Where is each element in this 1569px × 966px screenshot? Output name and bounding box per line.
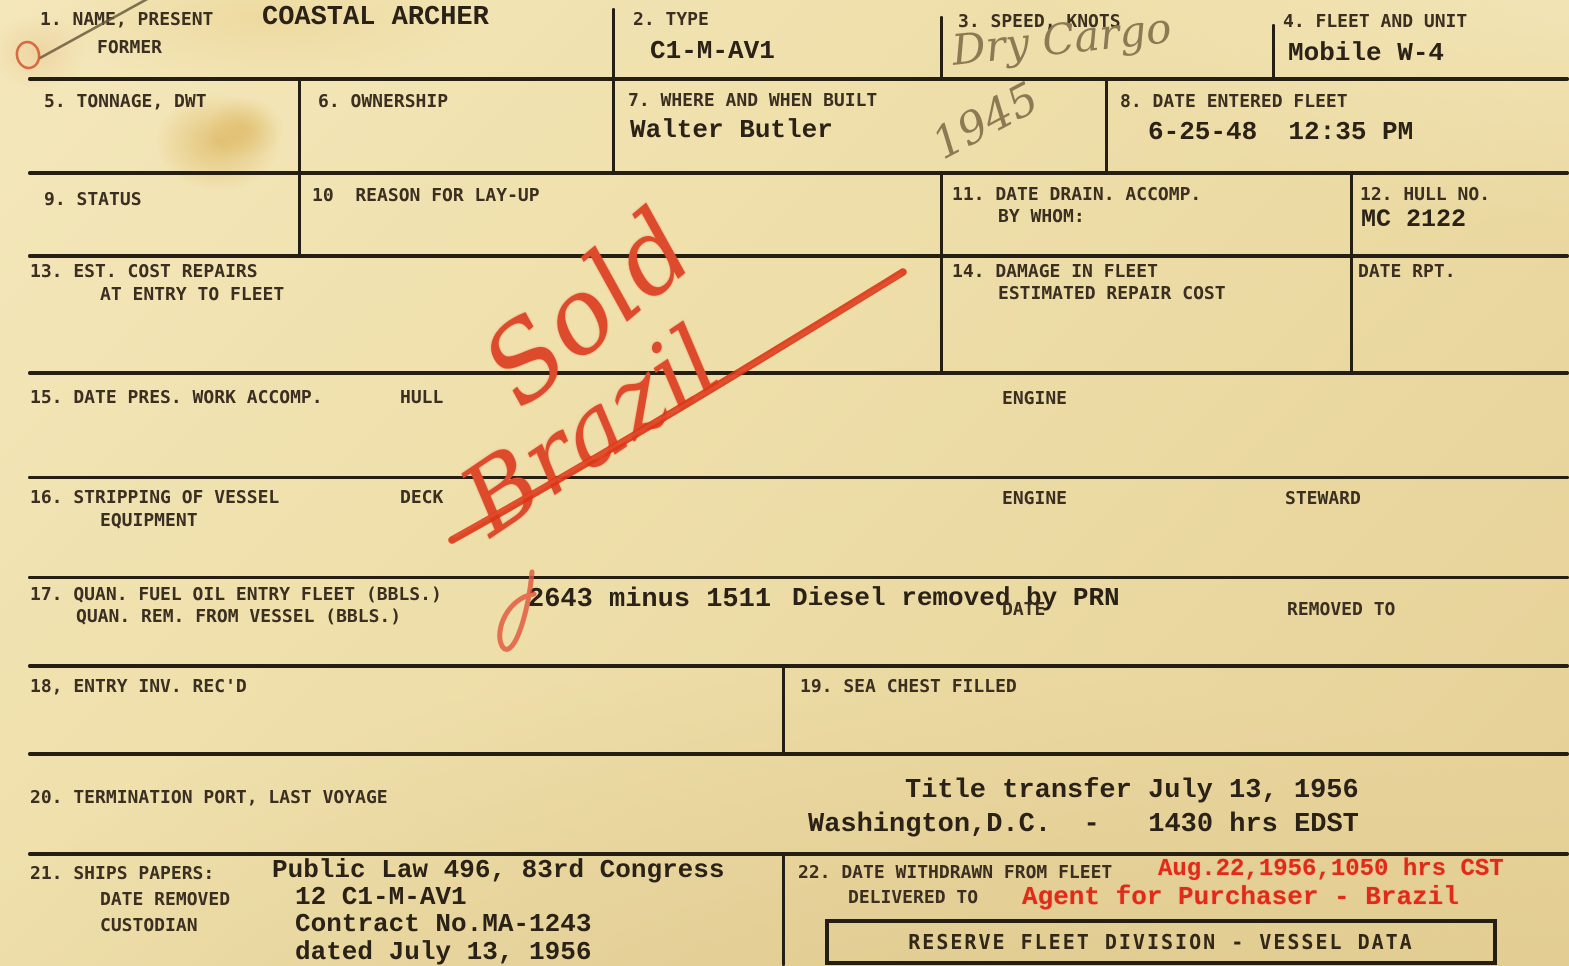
field-4-value-fleet-unit: Mobile W-4 xyxy=(1288,38,1444,68)
field-16-deck-column-label: DECK xyxy=(400,487,443,508)
field-16-label-line2: EQUIPMENT xyxy=(100,510,198,531)
field-21-label: 21. SHIPS PAPERS: xyxy=(30,863,214,884)
field-17-value-diesel-removed: Diesel removed by PRN xyxy=(792,583,1120,613)
field-1-label-former: FORMER xyxy=(97,37,162,58)
field-13-label-line2: AT ENTRY TO FLEET xyxy=(100,284,284,305)
field-1-label: 1. NAME, PRESENT xyxy=(40,9,213,30)
field-21-value-contract-date: dated July 13, 1956 xyxy=(295,937,591,966)
reserve-fleet-division-banner: RESERVE FLEET DIVISION - VESSEL DATA xyxy=(825,919,1497,965)
divider xyxy=(28,254,1569,258)
field-16-engine-column-label: ENGINE xyxy=(1002,488,1067,509)
field-8-value-date-entered: 6-25-48 12:35 PM xyxy=(1148,117,1413,147)
divider xyxy=(28,77,1569,81)
field-20-value-title-transfer: Title transfer July 13, 1956 xyxy=(905,776,1359,806)
field-21-value-public-law: Public Law 496, 83rd Congress xyxy=(272,855,724,885)
field-7-value-builder: Walter Butler xyxy=(630,115,833,145)
field-15-hull-column-label: HULL xyxy=(400,387,443,408)
divider xyxy=(28,171,1569,175)
divider xyxy=(298,78,301,174)
field-2-value-type: C1-M-AV1 xyxy=(650,36,775,66)
field-17-removed-to-column-label: REMOVED TO xyxy=(1287,599,1395,620)
red-circle-mark xyxy=(15,40,42,70)
field-15-engine-column-label: ENGINE xyxy=(1002,388,1067,409)
field-19-label: 19. SEA CHEST FILLED xyxy=(800,676,1017,697)
field-21-custodian-label: CUSTODIAN xyxy=(100,915,198,936)
divider xyxy=(28,576,1569,579)
field-12-label: 12. HULL NO. xyxy=(1360,184,1490,205)
field-14-date-rpt-label: DATE RPT. xyxy=(1358,261,1456,282)
field-9-label: 9. STATUS xyxy=(44,189,142,210)
field-22-label: 22. DATE WITHDRAWN FROM FLEET xyxy=(798,862,1112,883)
field-6-label: 6. OWNERSHIP xyxy=(318,91,448,112)
divider xyxy=(1272,24,1275,80)
field-21-value-contract-no: Contract No.MA-1243 xyxy=(295,909,591,939)
divider xyxy=(28,476,1569,479)
field-17-value-fuel-quantities: 2643 minus 1511 xyxy=(528,585,771,615)
field-16-steward-column-label: STEWARD xyxy=(1285,488,1361,509)
field-10-label: 10 REASON FOR LAY-UP xyxy=(312,185,540,206)
field-16-label: 16. STRIPPING OF VESSEL xyxy=(30,487,279,508)
field-5-label: 5. TONNAGE, DWT xyxy=(44,91,207,112)
field-11-label: 11. DATE DRAIN. ACCOMP. xyxy=(952,184,1201,205)
field-13-label: 13. EST. COST REPAIRS xyxy=(30,261,258,282)
divider xyxy=(28,664,1569,668)
field-21-value-type-count: 12 C1-M-AV1 xyxy=(295,882,467,912)
field-7-handwritten-year: 1945 xyxy=(924,72,1047,170)
field-17-label: 17. QUAN. FUEL OIL ENTRY FLEET (BBLS.) xyxy=(30,584,442,605)
field-15-label: 15. DATE PRES. WORK ACCOMP. xyxy=(30,387,323,408)
field-12-value-hull-no: MC 2122 xyxy=(1361,205,1466,234)
vessel-data-card: 1. NAME, PRESENT FORMER COASTAL ARCHER 2… xyxy=(0,0,1569,966)
field-2-label: 2. TYPE xyxy=(633,9,709,30)
field-18-label: 18, ENTRY INV. REC'D xyxy=(30,676,247,697)
field-17-date-column-label: DATE xyxy=(1002,599,1045,620)
field-1-value-ship-name: COASTAL ARCHER xyxy=(262,3,489,33)
divider xyxy=(28,371,1569,375)
field-8-label: 8. DATE ENTERED FLEET xyxy=(1120,91,1348,112)
divider xyxy=(940,172,943,374)
divider xyxy=(782,665,785,755)
divider xyxy=(612,8,615,174)
banner-text: RESERVE FLEET DIVISION - VESSEL DATA xyxy=(908,930,1413,954)
field-17-label-line2: QUAN. REM. FROM VESSEL (BBLS.) xyxy=(76,606,401,627)
field-22-delivered-to-label: DELIVERED TO xyxy=(848,887,978,908)
field-14-label: 14. DAMAGE IN FLEET xyxy=(952,261,1158,282)
divider xyxy=(28,752,1569,756)
divider xyxy=(1105,78,1108,174)
field-11-label-by-whom: BY WHOM: xyxy=(998,206,1085,227)
divider xyxy=(1350,172,1353,374)
field-20-value-location-time: Washington,D.C. - 1430 hrs EDST xyxy=(808,810,1359,840)
field-22-value-date-withdrawn: Aug.22,1956,1050 hrs CST xyxy=(1158,856,1504,883)
divider xyxy=(782,853,785,966)
field-14-label-line2: ESTIMATED REPAIR COST xyxy=(998,283,1226,304)
divider xyxy=(298,172,301,257)
divider xyxy=(940,16,943,80)
field-20-label: 20. TERMINATION PORT, LAST VOYAGE xyxy=(30,787,388,808)
field-22-value-delivered-to: Agent for Purchaser - Brazil xyxy=(1022,882,1459,912)
field-21-date-removed-label: DATE REMOVED xyxy=(100,889,230,910)
field-4-label: 4. FLEET AND UNIT xyxy=(1283,11,1467,32)
field-7-label: 7. WHERE AND WHEN BUILT xyxy=(628,90,877,111)
